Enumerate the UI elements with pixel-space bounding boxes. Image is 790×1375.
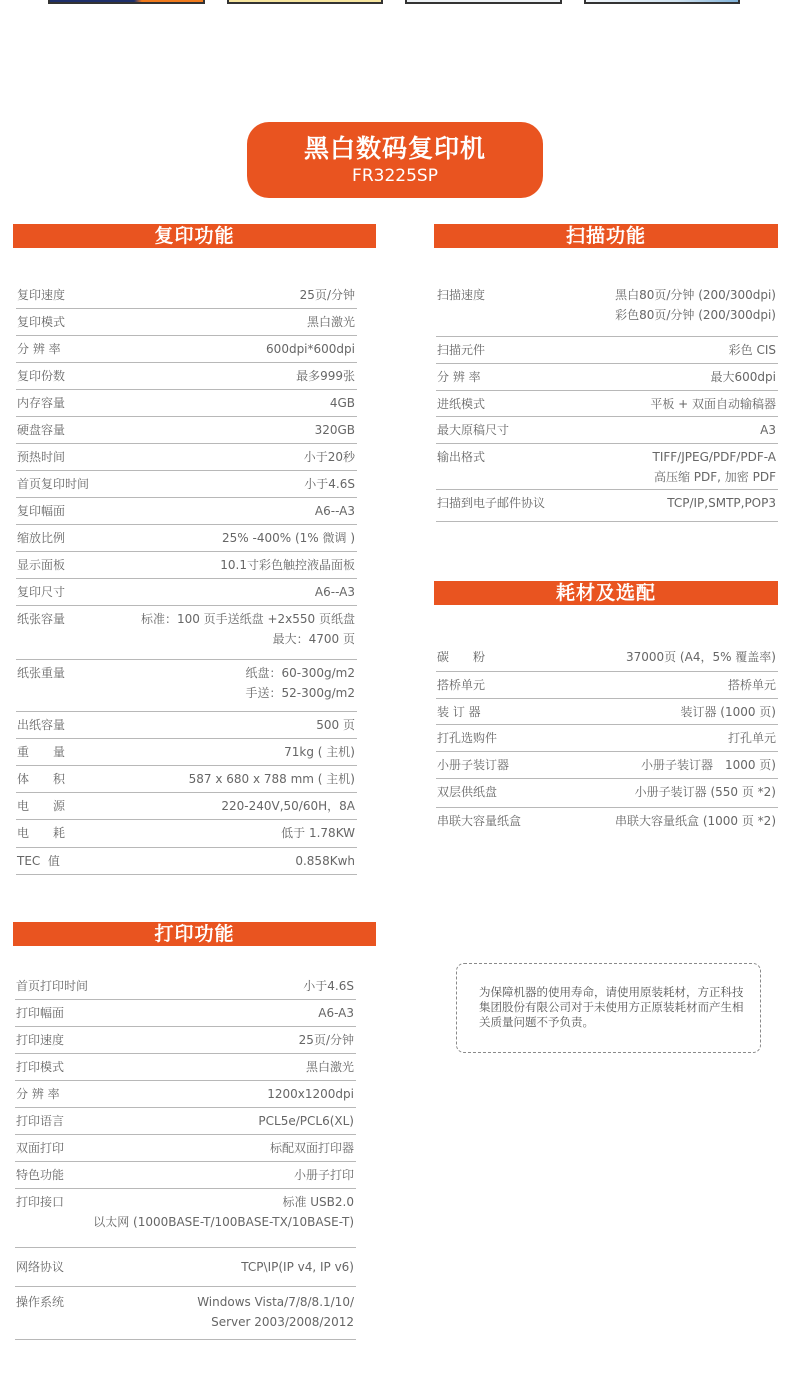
spec-row: 纸张容量标准：100 页手送纸盘 +2x550 页纸盘 最大：4700 页 <box>16 606 357 660</box>
spec-row: 复印幅面A6--A3 <box>16 498 357 525</box>
spec-row: 打印语言PCL5e/PCL6(XL) <box>15 1108 356 1135</box>
spec-value: A6--A3 <box>315 501 355 521</box>
spec-row: 分 辨 率1200x1200dpi <box>15 1081 356 1108</box>
spec-value: A6--A3 <box>315 582 355 602</box>
spec-label: 扫描元件 <box>437 340 485 360</box>
spec-label: 硬盘容量 <box>17 420 65 440</box>
consumables-notice: 为保障机器的使用寿命，请使用原装耗材，方正科技集团股份有限公司对于未使用方正原装… <box>456 963 761 1053</box>
spec-value: 打孔单元 <box>728 728 776 748</box>
spec-row: 缩放比例25% -400% (1% 微调 ) <box>16 525 357 552</box>
spec-row: 串联大容量纸盒串联大容量纸盒 (1000 页 *2) <box>436 808 778 836</box>
spec-value: 标准 USB2.0 以太网 (1000BASE-T/100BASE-TX/10B… <box>93 1192 354 1232</box>
spec-label: 分 辨 率 <box>16 1084 60 1104</box>
spec-label: 体 积 <box>17 769 65 789</box>
spec-value: Windows Vista/7/8/8.1/10/ Server 2003/20… <box>197 1292 354 1332</box>
spec-label: TEC 值 <box>17 851 60 871</box>
spec-value: PCL5e/PCL6(XL) <box>258 1111 354 1131</box>
spec-value: 最大600dpi <box>711 367 776 387</box>
thumbnail-2[interactable] <box>227 0 383 4</box>
spec-row: 打印接口标准 USB2.0 以太网 (1000BASE-T/100BASE-TX… <box>15 1189 356 1248</box>
spec-row: 硬盘容量320GB <box>16 417 357 444</box>
spec-label: 缩放比例 <box>17 528 65 548</box>
spec-label: 打印语言 <box>16 1111 64 1131</box>
spec-row: 复印份数最多999张 <box>16 363 357 390</box>
spec-value: A3 <box>760 420 776 440</box>
spec-value: 600dpi*600dpi <box>266 339 355 359</box>
spec-row: 首页打印时间小于4.6S <box>15 973 356 1000</box>
spec-value: 220-240V,50/60H，8A <box>221 796 355 816</box>
spec-row: 网络协议TCP\IP(IP v4, IP v6) <box>15 1248 356 1287</box>
product-title-banner: 黑白数码复印机 FR3225SP <box>247 122 543 198</box>
spec-value: 装订器 (1000 页) <box>680 702 776 722</box>
spec-label: 装 订 器 <box>437 702 481 722</box>
spec-value: 黑白80页/分钟 (200/300dpi) 彩色80页/分钟 (200/300d… <box>615 285 776 325</box>
spec-label: 打孔选购件 <box>437 728 497 748</box>
spec-value: TCP\IP(IP v4, IP v6) <box>241 1257 354 1277</box>
spec-row: 内存容量4GB <box>16 390 357 417</box>
spec-label: 网络协议 <box>16 1257 64 1277</box>
spec-row: 分 辨 率最大600dpi <box>436 364 778 391</box>
spec-label: 复印份数 <box>17 366 65 386</box>
spec-value: 彩色 CIS <box>729 340 776 360</box>
spec-label: 操作系统 <box>16 1292 64 1312</box>
spec-label: 串联大容量纸盒 <box>437 811 521 831</box>
spec-row: 复印速度25页/分钟 <box>16 282 357 309</box>
spec-value: 串联大容量纸盒 (1000 页 *2) <box>615 811 776 831</box>
spec-label: 最大原稿尺寸 <box>437 420 509 440</box>
spec-value: 25页/分钟 <box>300 285 355 305</box>
section-header-print: 打印功能 <box>13 922 376 946</box>
spec-value: 最多999张 <box>296 366 355 386</box>
spec-label: 复印尺寸 <box>17 582 65 602</box>
spec-row: 首页复印时间小于4.6S <box>16 471 357 498</box>
spec-row: 小册子装订器小册子装订器 1000 页) <box>436 752 778 779</box>
thumbnail-strip <box>0 0 790 4</box>
spec-value: 小于4.6S <box>304 474 355 494</box>
section-header-copy: 复印功能 <box>13 224 376 248</box>
spec-value: 小册子装订器 (550 页 *2) <box>635 782 776 802</box>
product-title: 黑白数码复印机 <box>247 134 543 164</box>
product-model: FR3225SP <box>247 165 543 187</box>
spec-row: 最大原稿尺寸A3 <box>436 417 778 444</box>
spec-label: 进纸模式 <box>437 394 485 414</box>
spec-label: 显示面板 <box>17 555 65 575</box>
spec-row: 双面打印标配双面打印器 <box>15 1135 356 1162</box>
spec-row: 特色功能小册子打印 <box>15 1162 356 1189</box>
spec-label: 扫描到电子邮件协议 <box>437 493 545 513</box>
spec-label: 分 辨 率 <box>437 367 481 387</box>
spec-label: 打印速度 <box>16 1030 64 1050</box>
spec-value: 587 x 680 x 788 mm ( 主机) <box>189 769 355 789</box>
spec-label: 出纸容量 <box>17 715 65 735</box>
spec-label: 重 量 <box>17 742 65 762</box>
spec-label: 预热时间 <box>17 447 65 467</box>
spec-label: 首页复印时间 <box>17 474 89 494</box>
spec-label: 打印模式 <box>16 1057 64 1077</box>
spec-value: TCP/IP,SMTP,POP3 <box>667 493 776 513</box>
spec-row: 进纸模式平板 + 双面自动输稿器 <box>436 391 778 417</box>
spec-table-scan: 扫描速度黑白80页/分钟 (200/300dpi) 彩色80页/分钟 (200/… <box>436 282 778 522</box>
spec-row: TEC 值0.858Kwh <box>16 848 357 875</box>
spec-value: 1200x1200dpi <box>267 1084 354 1104</box>
spec-value: 纸盘：60-300g/m2 手送：52-300g/m2 <box>246 663 356 703</box>
spec-value: 平板 + 双面自动输稿器 <box>650 394 776 414</box>
spec-label: 双层供纸盘 <box>437 782 497 802</box>
spec-value: A6-A3 <box>318 1003 354 1023</box>
spec-value: 71kg ( 主机) <box>284 742 355 762</box>
spec-label: 复印幅面 <box>17 501 65 521</box>
spec-value: 搭桥单元 <box>728 675 776 695</box>
spec-label: 双面打印 <box>16 1138 64 1158</box>
spec-row: 显示面板10.1寸彩色触控液晶面板 <box>16 552 357 579</box>
spec-row: 装 订 器装订器 (1000 页) <box>436 699 778 725</box>
spec-label: 分 辨 率 <box>17 339 61 359</box>
spec-label: 小册子装订器 <box>437 755 509 775</box>
spec-value: TIFF/JPEG/PDF/PDF-A 高压缩 PDF, 加密 PDF <box>653 447 777 487</box>
spec-label: 复印模式 <box>17 312 65 332</box>
spec-label: 内存容量 <box>17 393 65 413</box>
section-header-consumables: 耗材及选配 <box>434 581 778 605</box>
spec-value: 25% -400% (1% 微调 ) <box>222 528 355 548</box>
spec-value: 小册子装订器 1000 页) <box>641 755 776 775</box>
spec-value: 10.1寸彩色触控液晶面板 <box>220 555 355 575</box>
spec-row: 出纸容量500 页 <box>16 712 357 739</box>
thumbnail-1[interactable] <box>48 0 205 4</box>
spec-row: 打印速度25页/分钟 <box>15 1027 356 1054</box>
spec-label: 输出格式 <box>437 447 485 467</box>
spec-row: 搭桥单元搭桥单元 <box>436 672 778 699</box>
spec-row: 复印模式黑白激光 <box>16 309 357 336</box>
spec-label: 碳 粉 <box>437 647 485 667</box>
spec-row: 操作系统Windows Vista/7/8/8.1/10/ Server 200… <box>15 1287 356 1340</box>
spec-row: 扫描到电子邮件协议TCP/IP,SMTP,POP3 <box>436 490 778 522</box>
spec-label: 电 源 <box>17 796 65 816</box>
spec-value: 标配双面打印器 <box>270 1138 354 1158</box>
spec-value: 黑白激光 <box>307 312 355 332</box>
spec-row: 复印尺寸A6--A3 <box>16 579 357 606</box>
spec-row: 电 源220-240V,50/60H，8A <box>16 793 357 820</box>
spec-row: 扫描速度黑白80页/分钟 (200/300dpi) 彩色80页/分钟 (200/… <box>436 282 778 337</box>
spec-row: 电 耗低于 1.78KW <box>16 820 357 848</box>
spec-value: 小册子打印 <box>294 1165 354 1185</box>
spec-value: 37000页 (A4，5% 覆盖率) <box>626 647 776 667</box>
spec-value: 4GB <box>330 393 355 413</box>
notice-text: 为保障机器的使用寿命，请使用原装耗材，方正科技集团股份有限公司对于未使用方正原装… <box>479 985 749 1030</box>
spec-value: 标准：100 页手送纸盘 +2x550 页纸盘 最大：4700 页 <box>141 609 355 649</box>
spec-row: 打孔选购件打孔单元 <box>436 725 778 752</box>
spec-table-copy: 复印速度25页/分钟 复印模式黑白激光 分 辨 率600dpi*600dpi 复… <box>16 282 357 875</box>
spec-label: 电 耗 <box>17 823 65 843</box>
spec-row: 打印幅面A6-A3 <box>15 1000 356 1027</box>
spec-row: 纸张重量纸盘：60-300g/m2 手送：52-300g/m2 <box>16 660 357 712</box>
spec-value: 黑白激光 <box>306 1057 354 1077</box>
spec-value: 低于 1.78KW <box>281 823 355 843</box>
spec-row: 输出格式TIFF/JPEG/PDF/PDF-A 高压缩 PDF, 加密 PDF <box>436 444 778 490</box>
spec-label: 复印速度 <box>17 285 65 305</box>
spec-table-consumables: 碳 粉37000页 (A4，5% 覆盖率) 搭桥单元搭桥单元 装 订 器装订器 … <box>436 644 778 836</box>
spec-value: 500 页 <box>316 715 355 735</box>
spec-row: 扫描元件彩色 CIS <box>436 337 778 364</box>
spec-value: 25页/分钟 <box>299 1030 354 1050</box>
spec-label: 首页打印时间 <box>16 976 88 996</box>
spec-label: 搭桥单元 <box>437 675 485 695</box>
spec-row: 体 积587 x 680 x 788 mm ( 主机) <box>16 766 357 793</box>
spec-row: 预热时间小于20秒 <box>16 444 357 471</box>
spec-table-print: 首页打印时间小于4.6S 打印幅面A6-A3 打印速度25页/分钟 打印模式黑白… <box>15 973 356 1340</box>
spec-value: 小于4.6S <box>303 976 354 996</box>
spec-row: 分 辨 率600dpi*600dpi <box>16 336 357 363</box>
spec-label: 特色功能 <box>16 1165 64 1185</box>
spec-label: 纸张重量 <box>17 663 65 683</box>
spec-label: 打印接口 <box>16 1192 64 1212</box>
thumbnail-3[interactable] <box>405 0 562 4</box>
spec-row: 打印模式黑白激光 <box>15 1054 356 1081</box>
spec-row: 双层供纸盘小册子装订器 (550 页 *2) <box>436 779 778 808</box>
spec-label: 打印幅面 <box>16 1003 64 1023</box>
spec-label: 纸张容量 <box>17 609 65 629</box>
spec-label: 扫描速度 <box>437 285 485 305</box>
spec-value: 320GB <box>315 420 355 440</box>
section-header-scan: 扫描功能 <box>434 224 778 248</box>
thumbnail-4[interactable] <box>584 0 740 4</box>
spec-row: 重 量71kg ( 主机) <box>16 739 357 766</box>
spec-value: 小于20秒 <box>304 447 355 467</box>
spec-value: 0.858Kwh <box>295 851 355 871</box>
spec-row: 碳 粉37000页 (A4，5% 覆盖率) <box>436 644 778 672</box>
